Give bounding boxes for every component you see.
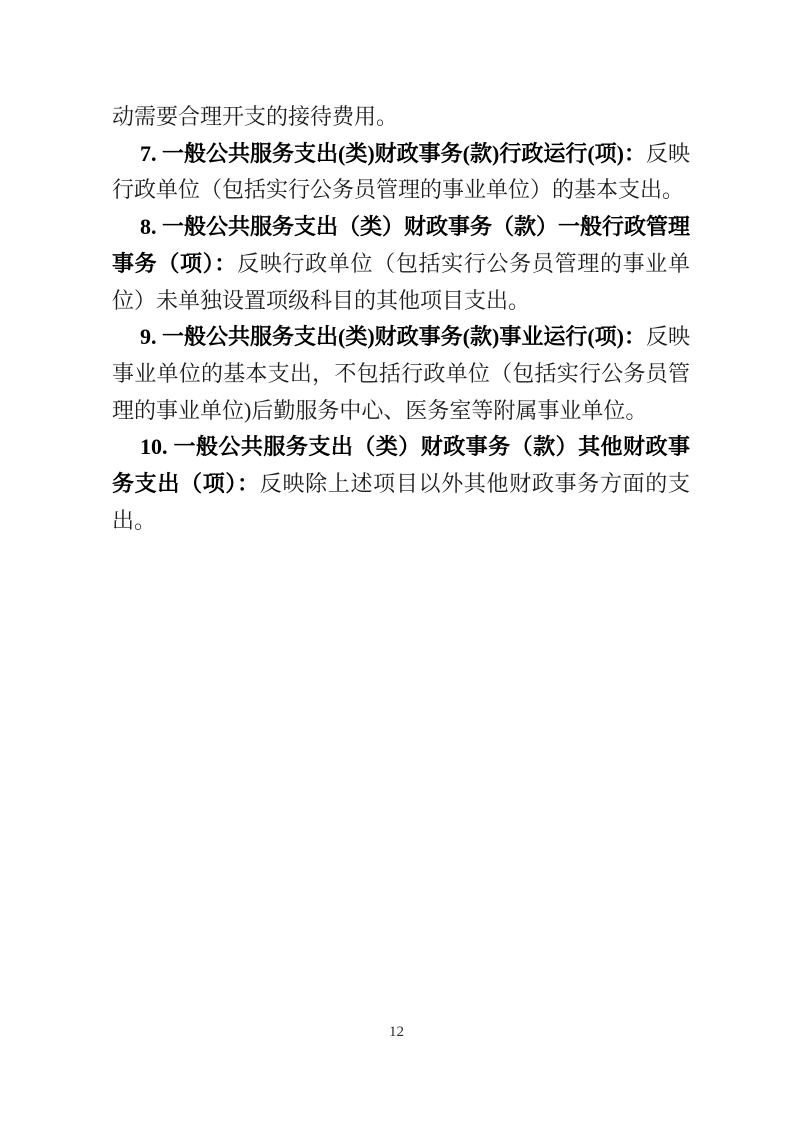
item-9-heading: 9. 一般公共服务支出(类)财政事务(款)事业运行(项)： — [140, 324, 646, 349]
paragraph-item-8: 8. 一般公共服务支出（类）财政事务（款）一般行政管理事务（项）：反映行政单位（… — [112, 209, 690, 319]
text-run: 动需要合理开支的接待费用。 — [112, 104, 398, 129]
paragraph-item-7: 7. 一般公共服务支出(类)财政事务(款)行政运行(项)：反映行政单位（包括实行… — [112, 136, 690, 209]
paragraph-continuation: 动需要合理开支的接待费用。 — [112, 99, 690, 136]
body-text: 动需要合理开支的接待费用。 7. 一般公共服务支出(类)财政事务(款)行政运行(… — [112, 99, 690, 539]
page-footer: 12 — [0, 1022, 793, 1042]
paragraph-item-10: 10. 一般公共服务支出（类）财政事务（款）其他财政事务支出（项）：反映除上述项… — [112, 429, 690, 539]
paragraph-item-9: 9. 一般公共服务支出(类)财政事务(款)事业运行(项)：反映事业单位的基本支出… — [112, 319, 690, 429]
document-page: 动需要合理开支的接待费用。 7. 一般公共服务支出(类)财政事务(款)行政运行(… — [0, 0, 793, 1122]
page-number: 12 — [389, 1024, 404, 1040]
item-7-heading: 7. 一般公共服务支出(类)财政事务(款)行政运行(项)： — [140, 141, 646, 166]
